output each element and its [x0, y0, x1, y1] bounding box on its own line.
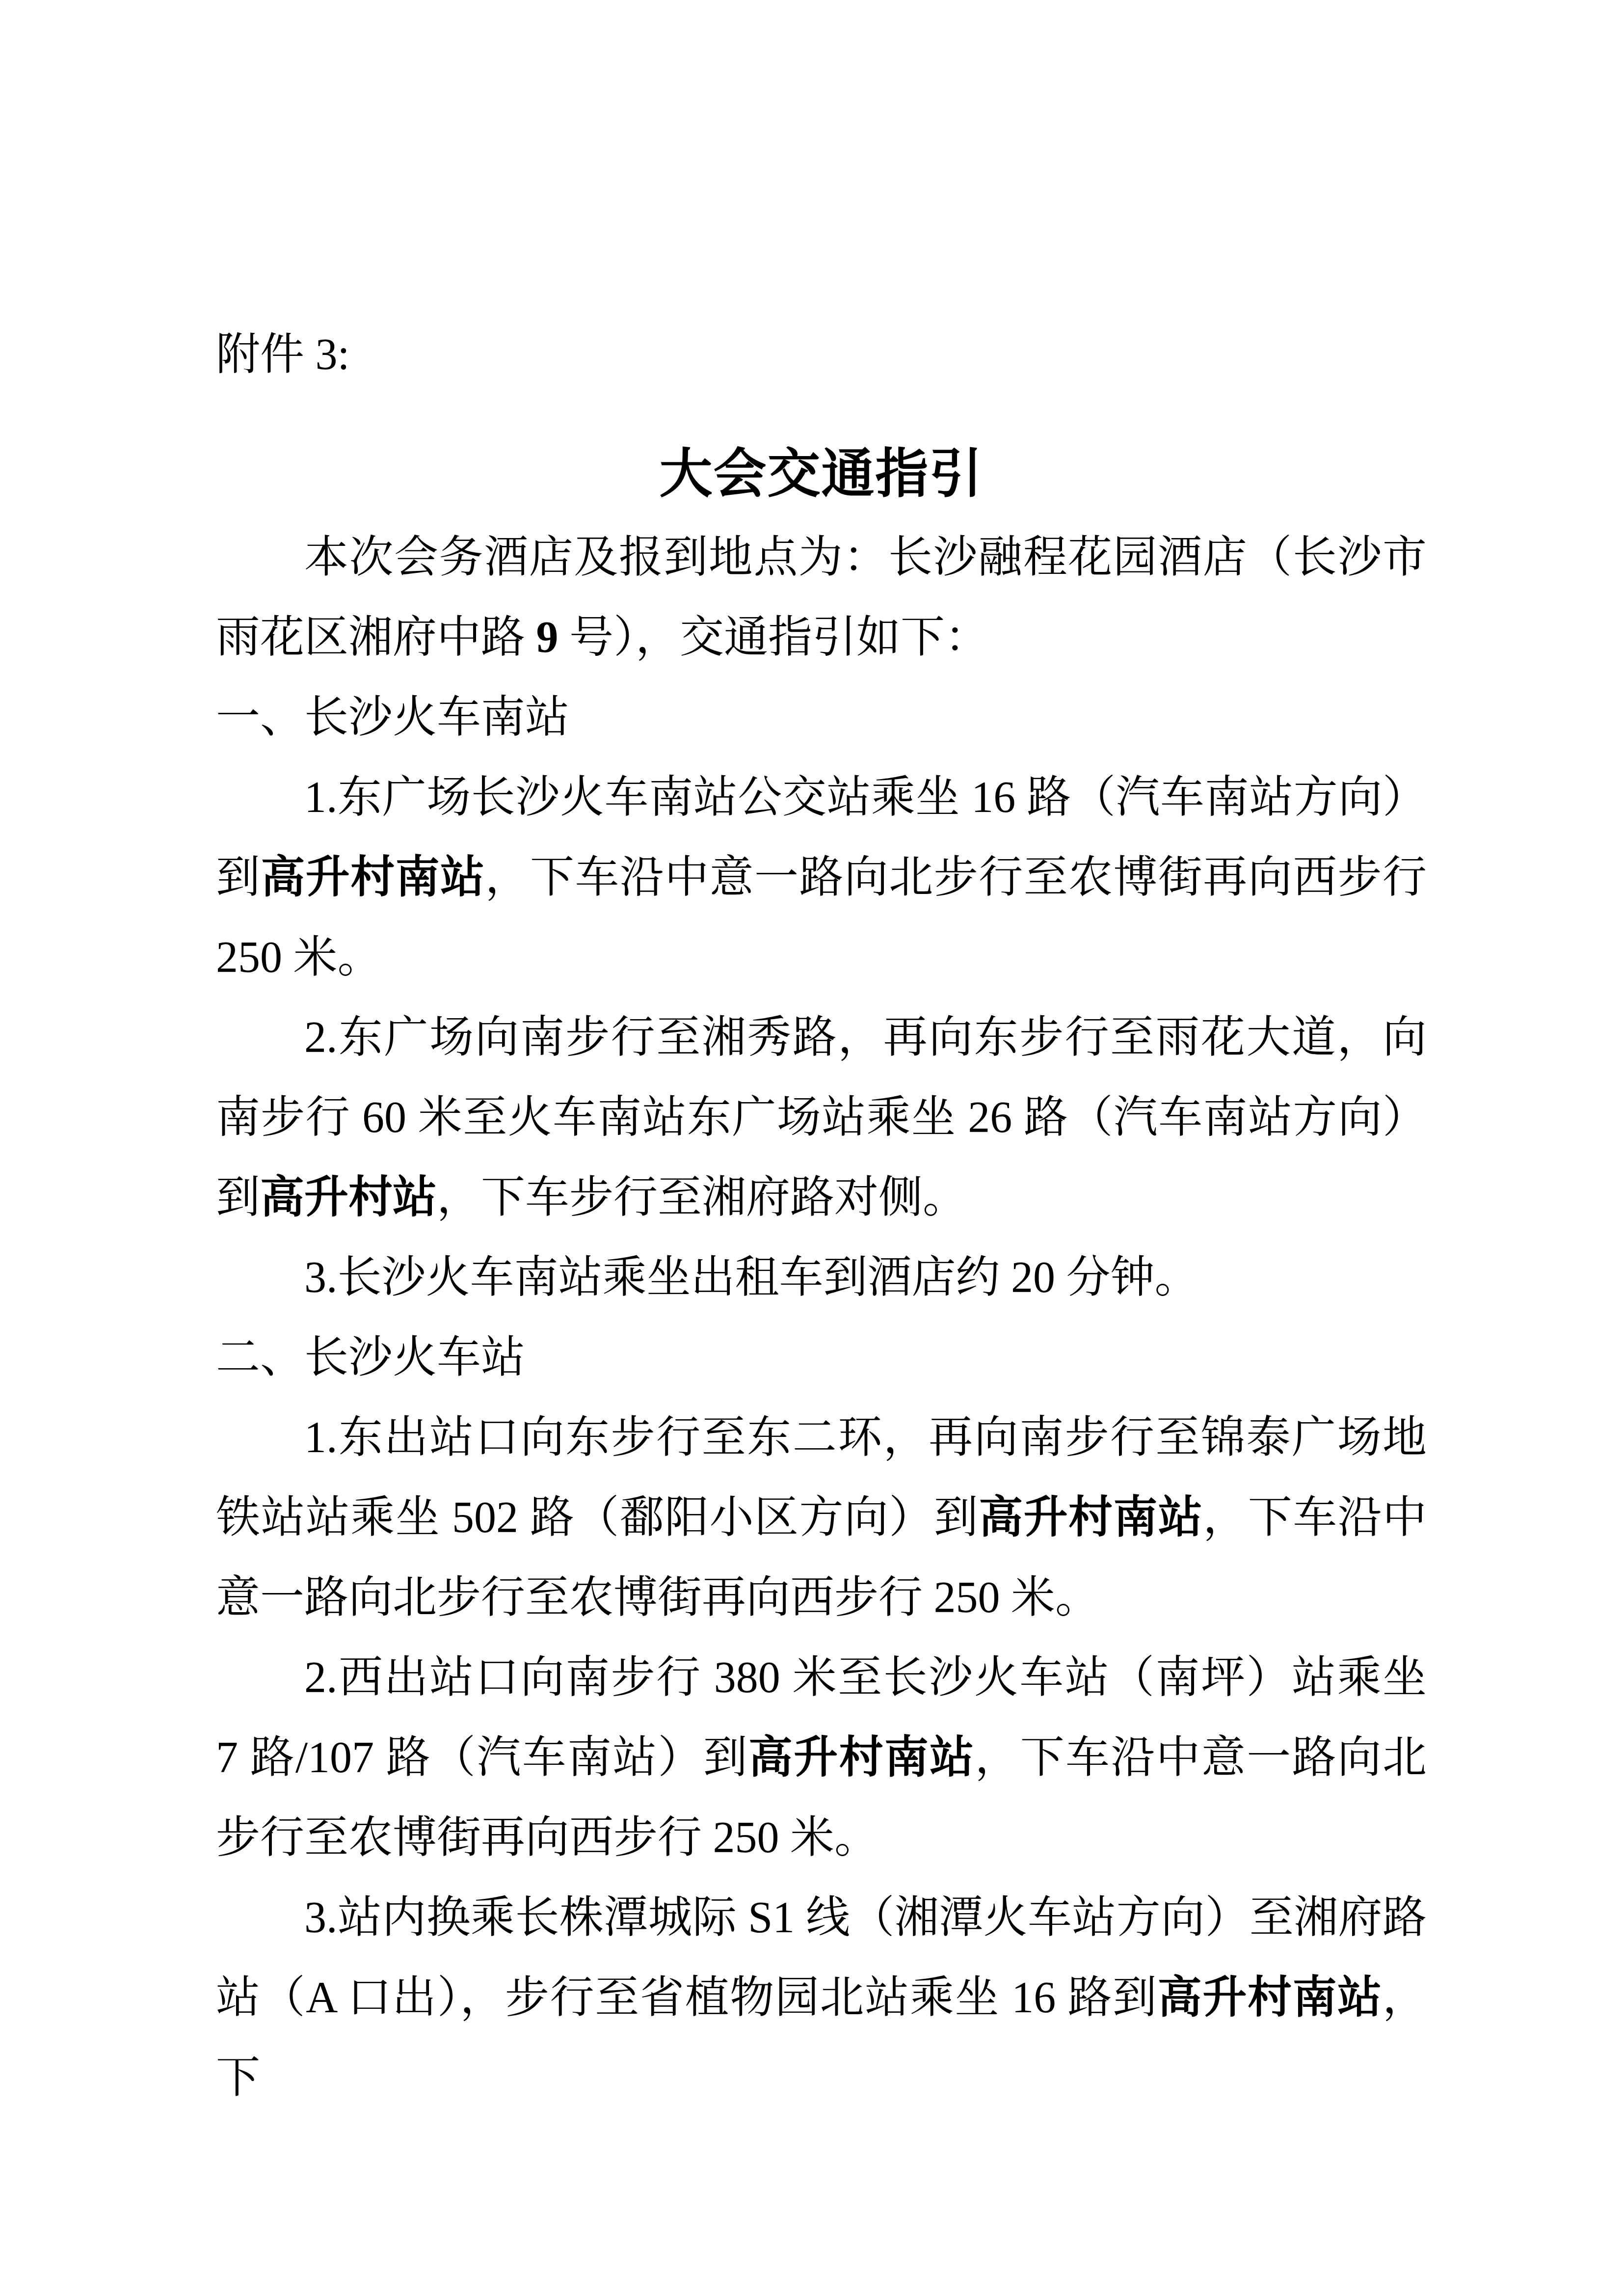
bold-text-segment: 高升村站 [260, 1173, 437, 1222]
text-segment: 二、长沙火车站 [216, 1333, 525, 1382]
paragraph: 本次会务酒店及报到地点为：长沙融程花园酒店（长沙市雨花区湘府中路 9 号），交通… [216, 517, 1427, 677]
paragraph: 3.站内换乘长株潭城际 S1 线（湘潭火车站方向）至湘府路站（A 口出），步行至… [216, 1878, 1427, 2118]
bold-text-segment: 9 [536, 613, 559, 662]
attachment-label: 附件 3: [216, 328, 1427, 382]
page-title: 大会交通指引 [216, 440, 1427, 510]
text-segment: ，下车步行至湘府路对侧。 [437, 1173, 967, 1222]
text-segment: 一、长沙火车南站 [216, 693, 569, 742]
paragraph: 3.长沙火车南站乘坐出租车到酒店约 20 分钟。 [216, 1238, 1427, 1318]
bold-text-segment: 高升村南站 [1158, 1973, 1383, 2022]
bold-text-segment: 高升村南站 [261, 853, 485, 902]
section-heading: 二、长沙火车站 [216, 1318, 1427, 1398]
section-heading: 一、长沙火车南站 [216, 677, 1427, 757]
paragraph: 2.西出站口向南步行 380 米至长沙火车站（南坪）站乘坐 7 路/107 路（… [216, 1638, 1427, 1878]
paragraph: 1.东广场长沙火车南站公交站乘坐 16 路（汽车南站方向）到高升村南站，下车沿中… [216, 757, 1427, 998]
bold-text-segment: 高升村南站 [748, 1733, 975, 1782]
bold-text-segment: 高升村南站 [979, 1493, 1203, 1542]
text-segment: 3.长沙火车南站乘坐出租车到酒店约 20 分钟。 [304, 1253, 1199, 1302]
paragraph: 1.东出站口向东步行至东二环，再向南步行至锦泰广场地铁站站乘坐 502 路（鄱阳… [216, 1398, 1427, 1638]
paragraph: 2.东广场向南步行至湘秀路，再向东步行至雨花大道，向南步行 60 米至火车南站东… [216, 998, 1427, 1238]
document-page: 附件 3: 大会交通指引 本次会务酒店及报到地点为：长沙融程花园酒店（长沙市雨花… [216, 0, 1427, 2118]
document-body: 本次会务酒店及报到地点为：长沙融程花园酒店（长沙市雨花区湘府中路 9 号），交通… [216, 517, 1427, 2118]
text-segment: 号），交通指引如下： [559, 613, 989, 662]
